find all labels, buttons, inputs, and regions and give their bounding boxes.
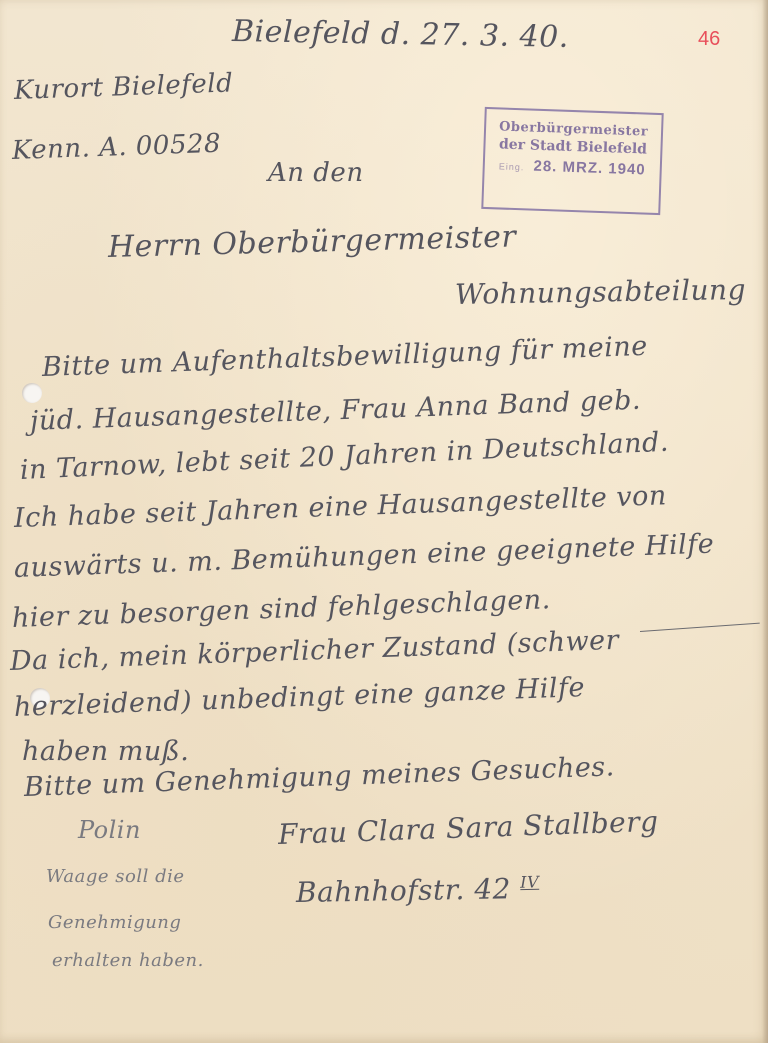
body-line-8: herzleidend) unbedingt eine ganze Hilfe	[13, 672, 585, 723]
recipient-line-2: Herrn Oberbürgermeister	[108, 219, 517, 265]
trailing-stroke	[640, 623, 760, 632]
margin-note-line-4: erhalten haben.	[52, 950, 204, 971]
sender-line-1: Kurort Bielefeld	[13, 68, 233, 106]
body-line-6: hier zu besorgen sind fehlgeschlagen.	[11, 584, 551, 634]
body-line-7: Da ich, mein körperlicher Zustand (schwe…	[9, 625, 619, 677]
page-number: 46	[698, 28, 720, 51]
margin-note-line-2: Waage soll die	[46, 866, 185, 887]
body-line-3: in Tarnow, lebt seit 20 Jahren in Deutsc…	[19, 427, 669, 486]
signature-street: Bahnhofstr. 42	[296, 872, 511, 909]
margin-note-title: Polin	[78, 816, 141, 844]
sender-line-2: Kenn. A. 00528	[11, 129, 221, 166]
place-date: Bielefeld d. 27. 3. 40.	[232, 14, 569, 55]
body-line-5: auswärts u. m. Bemühungen eine geeignete…	[13, 529, 714, 584]
body-line-9: haben muß.	[22, 736, 189, 767]
signature-name: Frau Clara Sara Stallberg	[277, 805, 659, 851]
stamp-city: der Stadt Bielefeld	[485, 136, 660, 158]
recipient-line-1: An den	[268, 158, 364, 188]
punch-hole-top	[22, 383, 42, 403]
signature-address: Bahnhofstr. 42 IV	[296, 872, 540, 909]
signature-floor: IV	[520, 872, 539, 891]
body-line-2: jüd. Hausangestellte, Frau Anna Band geb…	[29, 385, 641, 437]
body-line-1: Bitte um Aufenthaltsbewilligung für mein…	[41, 331, 648, 383]
stamp-date-row: Eing. 28. MRZ. 1940	[485, 156, 660, 179]
stamp-prefix: Eing.	[499, 161, 525, 172]
paper-edge	[762, 0, 768, 1043]
stamp-date: 28. MRZ. 1940	[533, 158, 646, 179]
margin-note-line-3: Genehmigung	[48, 912, 181, 933]
document-page: 46 Bielefeld d. 27. 3. 40. Kurort Bielef…	[0, 0, 768, 1043]
received-stamp: Oberbürgermeister der Stadt Bielefeld Ei…	[481, 107, 663, 215]
recipient-department: Wohnungsabteilung	[455, 273, 747, 311]
body-line-4: Ich habe seit Jahren eine Hausangestellt…	[13, 480, 667, 534]
